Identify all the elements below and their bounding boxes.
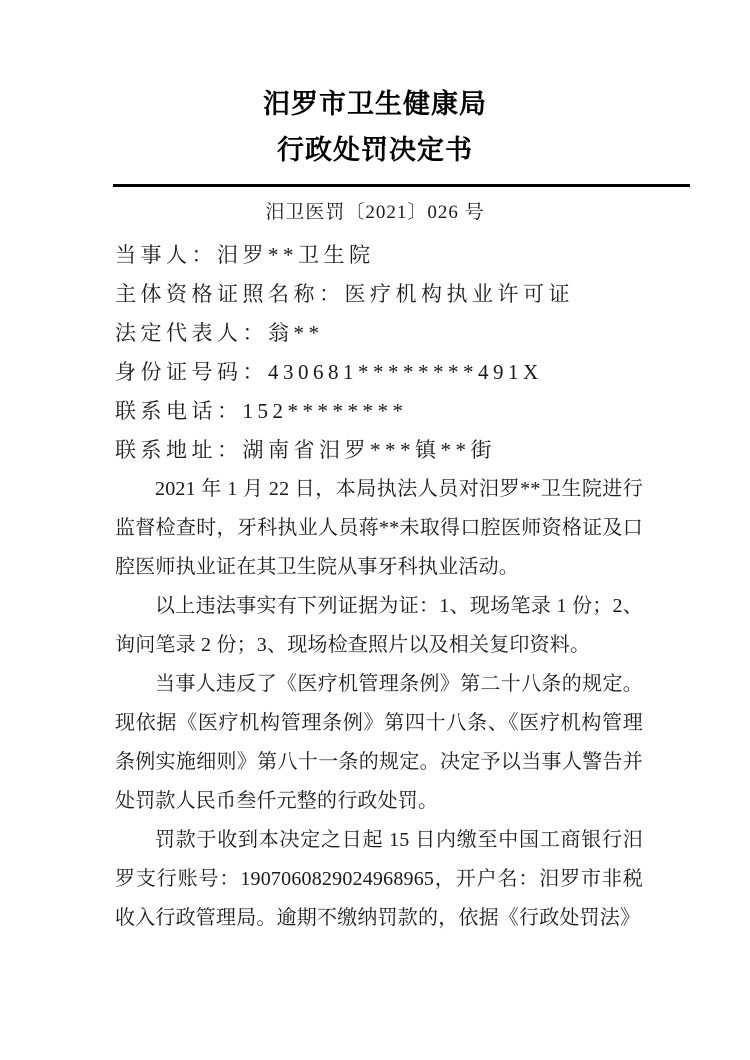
contact-address-line: 联系地址：湖南省汨罗***镇**街 [115,431,643,470]
id-number-line: 身份证号码：430681********491X [115,353,643,392]
party-name-line: 当事人：汨罗**卫生院 [115,236,643,275]
penalty-decision-document: 汨罗市卫生健康局 行政处罚决定书 汨卫医罚〔2021〕026 号 当事人：汨罗*… [0,0,750,1060]
phone-number-line: 联系电话：152******** [115,392,643,431]
document-number: 汨卫医罚〔2021〕026 号 [0,202,750,224]
legal-representative-line: 法定代表人：翁** [115,314,643,353]
penalty-decision-paragraph: 当事人违反了《医疗机管理条例》第二十八条的规定。现依据《医疗机构管理条例》第四十… [115,665,643,821]
payment-instruction-paragraph: 罚款于收到本决定之日起 15 日内缴至中国工商银行汨罗支行账号：19070608… [115,821,643,938]
document-title: 汨罗市卫生健康局 行政处罚决定书 [0,81,750,173]
facts-paragraph: 2021 年 1 月 22 日，本局执法人员对汨罗**卫生院进行监督检查时，牙科… [115,470,643,587]
title-divider-rule [113,184,690,187]
title-line-doctype: 行政处罚决定书 [0,127,750,173]
document-body: 当事人：汨罗**卫生院 主体资格证照名称：医疗机构执业许可证 法定代表人：翁**… [115,236,643,938]
license-name-line: 主体资格证照名称：医疗机构执业许可证 [115,275,643,314]
title-line-agency: 汨罗市卫生健康局 [0,81,750,127]
evidence-paragraph: 以上违法事实有下列证据为证：1、现场笔录 1 份；2、询问笔录 2 份；3、现场… [115,587,643,665]
